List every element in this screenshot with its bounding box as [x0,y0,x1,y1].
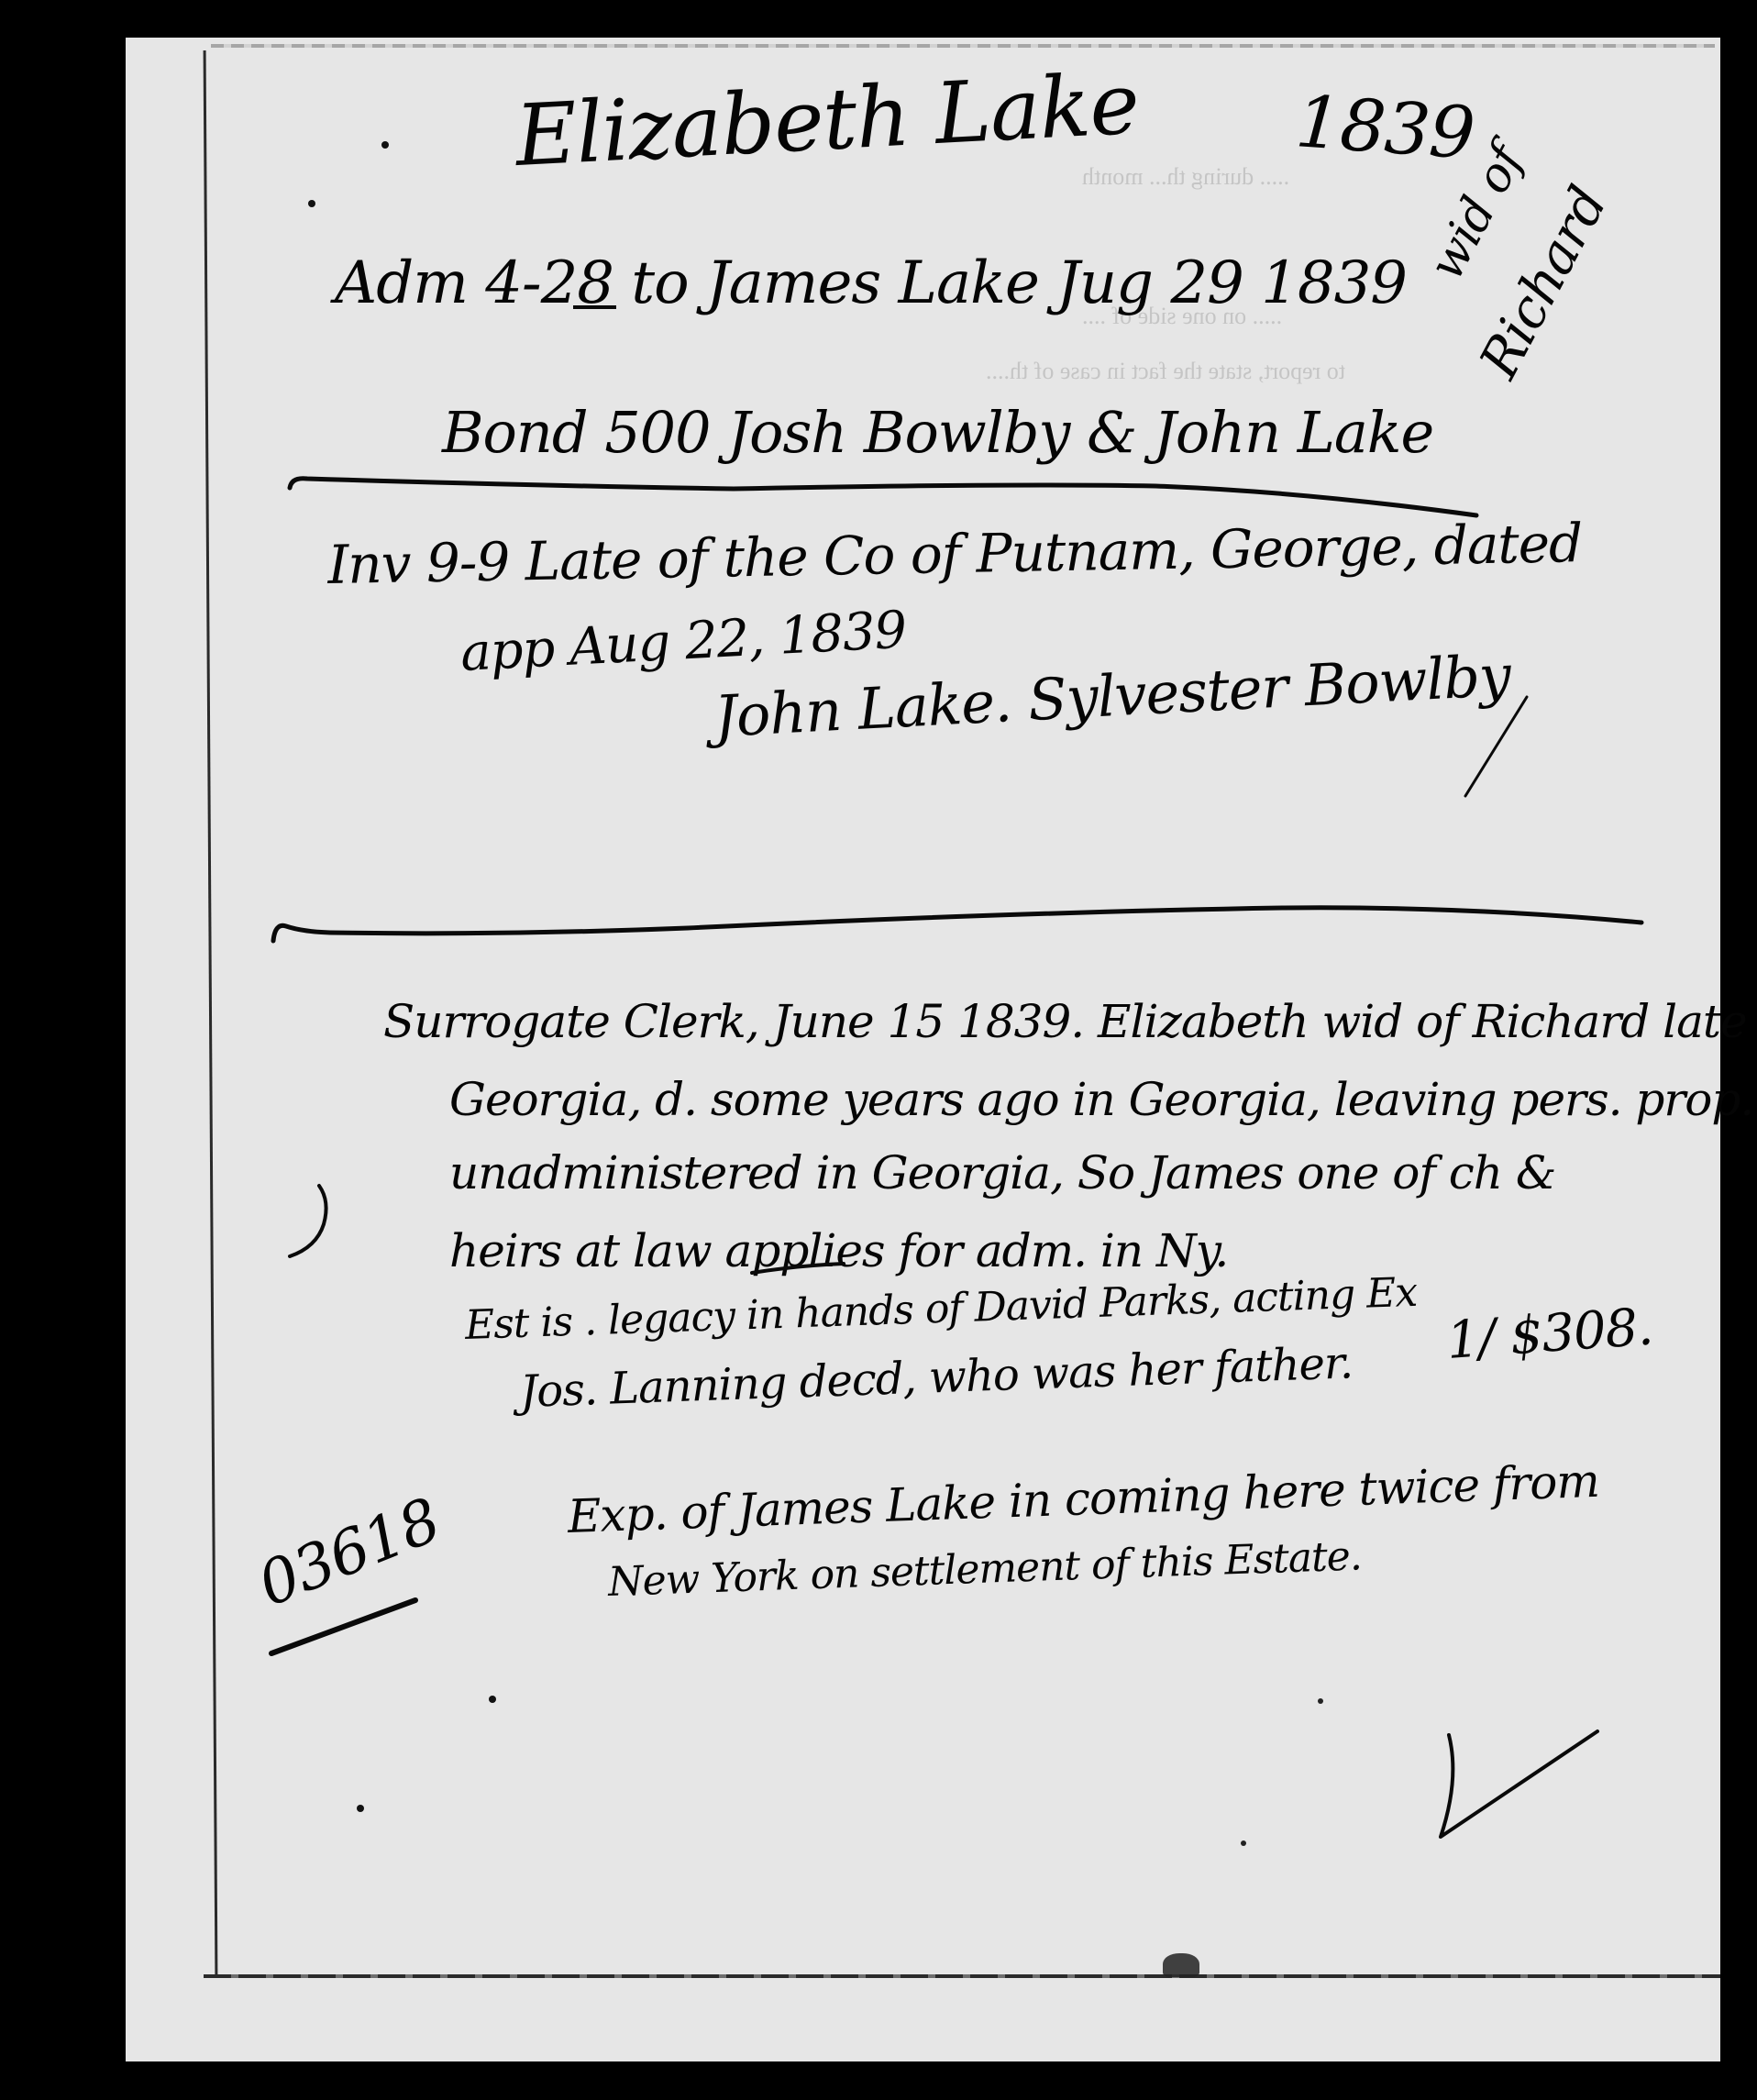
file-number-underline [271,1600,415,1653]
check-mark-icon [1441,1731,1597,1837]
applies-underline [752,1264,844,1273]
hand-drawn-marks [0,0,1757,2100]
divider-rule-2 [273,908,1641,941]
signature-tail [1465,697,1527,796]
divider-rule-1 [290,479,1476,515]
margin-bracket [290,1186,326,1256]
